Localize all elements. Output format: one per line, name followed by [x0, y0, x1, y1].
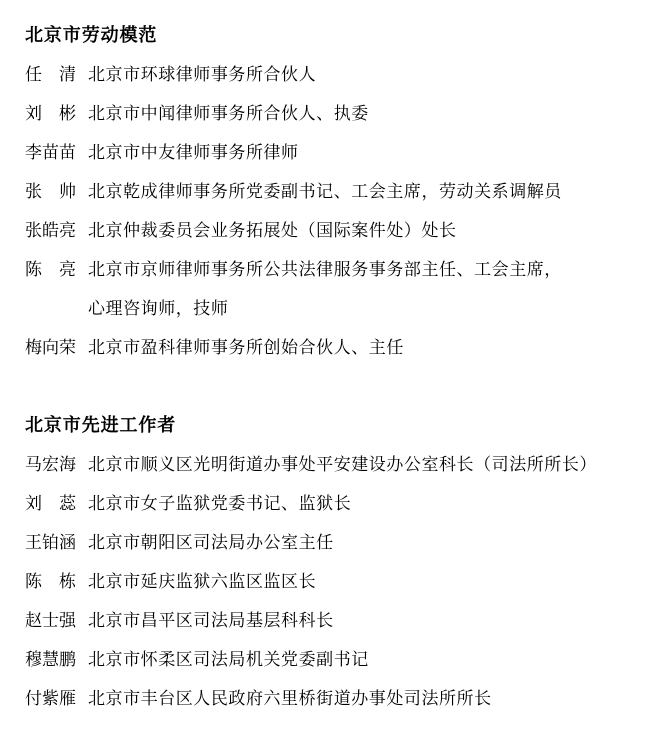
- awardee-name: 赵士强: [25, 601, 76, 640]
- awardee-name: 梅向荣: [25, 328, 76, 367]
- award-entry: 马宏海北京市顺义区光明街道办事处平安建设办公室科长（司法所所长）: [25, 445, 631, 484]
- awardee-title: 北京仲裁委员会业务拓展处（国际案件处）处长: [88, 211, 457, 250]
- awardee-title-line: 北京市朝阳区司法局办公室主任: [88, 523, 334, 562]
- award-entry: 穆慧鹏北京市怀柔区司法局机关党委副书记: [25, 640, 631, 679]
- awardee-title-line: 北京市盈科律师事务所创始合伙人、主任: [88, 328, 404, 367]
- awardee-title-line: 心理咨询师，技师: [88, 289, 562, 328]
- awardee-title-line: 北京仲裁委员会业务拓展处（国际案件处）处长: [88, 211, 457, 250]
- awardee-name: 任 清: [25, 55, 76, 94]
- awardee-name: 刘 彬: [25, 94, 76, 133]
- awardee-name: 张 帅: [25, 172, 76, 211]
- awardee-title: 北京市中友律师事务所律师: [88, 133, 299, 172]
- award-section: 北京市劳动模范任 清北京市环球律师事务所合伙人刘 彬北京市中闻律师事务所合伙人、…: [25, 16, 631, 367]
- award-entry: 梅向荣北京市盈科律师事务所创始合伙人、主任: [25, 328, 631, 367]
- awardee-title: 北京市朝阳区司法局办公室主任: [88, 523, 334, 562]
- awardee-name: 穆慧鹏: [25, 640, 76, 679]
- award-entry: 赵士强北京市昌平区司法局基层科科长: [25, 601, 631, 640]
- award-entry: 任 清北京市环球律师事务所合伙人: [25, 55, 631, 94]
- awardee-title-line: 北京市环球律师事务所合伙人: [88, 55, 316, 94]
- awardee-title-line: 北京市昌平区司法局基层科科长: [88, 601, 334, 640]
- awardee-title: 北京市丰台区人民政府六里桥街道办事处司法所所长: [88, 679, 492, 718]
- awardee-name: 付紫雁: [25, 679, 76, 718]
- awardee-name: 马宏海: [25, 445, 76, 484]
- awardee-title: 北京市延庆监狱六监区监区长: [88, 562, 316, 601]
- awardee-title-line: 北京市女子监狱党委书记、监狱长: [88, 484, 351, 523]
- awardee-title: 北京市昌平区司法局基层科科长: [88, 601, 334, 640]
- awardee-title: 北京市环球律师事务所合伙人: [88, 55, 316, 94]
- award-entry: 付紫雁北京市丰台区人民政府六里桥街道办事处司法所所长: [25, 679, 631, 718]
- awardee-title-line: 北京市丰台区人民政府六里桥街道办事处司法所所长: [88, 679, 492, 718]
- awardee-title-line: 北京市中闻律师事务所合伙人、执委: [88, 94, 369, 133]
- awardee-name: 刘 蕊: [25, 484, 76, 523]
- awardee-title: 北京市盈科律师事务所创始合伙人、主任: [88, 328, 404, 367]
- document: 北京市劳动模范任 清北京市环球律师事务所合伙人刘 彬北京市中闻律师事务所合伙人、…: [0, 0, 649, 732]
- awardee-title-line: 北京市怀柔区司法局机关党委副书记: [88, 640, 369, 679]
- awardee-title-line: 北京市顺义区光明街道办事处平安建设办公室科长（司法所所长）: [88, 445, 597, 484]
- awardee-title: 北京市京师律师事务所公共法律服务事务部主任、工会主席，心理咨询师，技师: [88, 250, 562, 328]
- award-entry: 陈 栋北京市延庆监狱六监区监区长: [25, 562, 631, 601]
- award-entry: 刘 彬北京市中闻律师事务所合伙人、执委: [25, 94, 631, 133]
- awardee-name: 李苗苗: [25, 133, 76, 172]
- award-entry: 陈 亮北京市京师律师事务所公共法律服务事务部主任、工会主席，心理咨询师，技师: [25, 250, 631, 328]
- award-entry: 王铂涵北京市朝阳区司法局办公室主任: [25, 523, 631, 562]
- award-entry: 张 帅北京乾成律师事务所党委副书记、工会主席，劳动关系调解员: [25, 172, 631, 211]
- awardee-title-line: 北京市京师律师事务所公共法律服务事务部主任、工会主席，: [88, 250, 562, 289]
- awardee-title: 北京乾成律师事务所党委副书记、工会主席，劳动关系调解员: [88, 172, 562, 211]
- award-entry: 刘 蕊北京市女子监狱党委书记、监狱长: [25, 484, 631, 523]
- section-title: 北京市先进工作者: [25, 406, 631, 445]
- awardee-title: 北京市顺义区光明街道办事处平安建设办公室科长（司法所所长）: [88, 445, 597, 484]
- award-entry: 张皓亮北京仲裁委员会业务拓展处（国际案件处）处长: [25, 211, 631, 250]
- awardee-title-line: 北京乾成律师事务所党委副书记、工会主席，劳动关系调解员: [88, 172, 562, 211]
- section-title: 北京市劳动模范: [25, 16, 631, 55]
- awardee-title: 北京市怀柔区司法局机关党委副书记: [88, 640, 369, 679]
- award-entry: 李苗苗北京市中友律师事务所律师: [25, 133, 631, 172]
- awardee-title: 北京市女子监狱党委书记、监狱长: [88, 484, 351, 523]
- awardee-name: 陈 栋: [25, 562, 76, 601]
- awardee-name: 陈 亮: [25, 250, 76, 289]
- awardee-title-line: 北京市延庆监狱六监区监区长: [88, 562, 316, 601]
- award-section: 北京市先进工作者马宏海北京市顺义区光明街道办事处平安建设办公室科长（司法所所长）…: [25, 406, 631, 718]
- awardee-name: 张皓亮: [25, 211, 76, 250]
- awardee-title-line: 北京市中友律师事务所律师: [88, 133, 299, 172]
- awardee-title: 北京市中闻律师事务所合伙人、执委: [88, 94, 369, 133]
- awardee-name: 王铂涵: [25, 523, 76, 562]
